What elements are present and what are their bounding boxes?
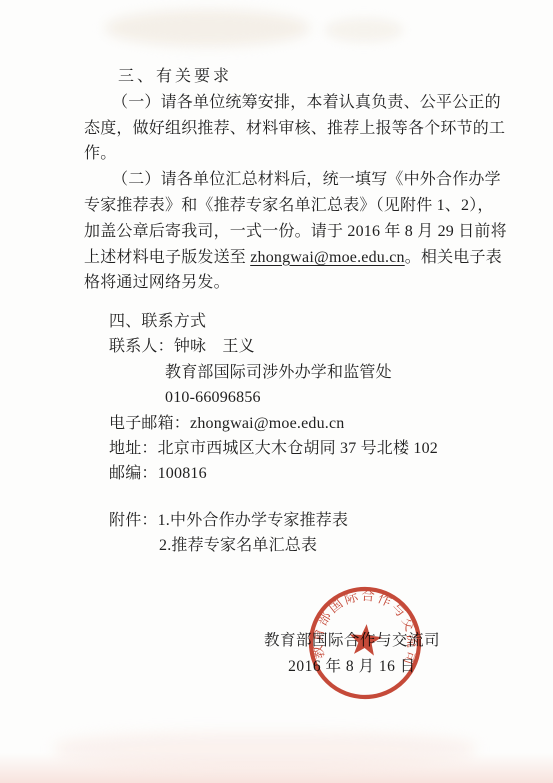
contact-address-line: 地址：北京市西城区大木仓胡同 37 号北楼 102 [109,436,529,461]
contact-person-line: 联系人：钟咏 王义 [109,334,529,359]
contact-postcode-line: 邮编：100816 [109,461,529,486]
body-line: （一）请各单位统筹安排，本着认真负责、公平公正的 [84,90,486,116]
attachment-line-1: 附件：1.中外合作办学专家推荐表 [109,508,529,533]
email-address-underlined: zhongwai@moe.edu.cn [250,249,405,266]
body-text-fragment: 上述材料电子版发送至 [84,249,250,266]
paper-stain-top [105,10,310,46]
section-3-heading: 三、有关要求 [118,64,486,90]
contact-person-label: 联系人： [109,338,174,355]
contact-postcode-value: 100816 [158,465,207,482]
body-line: 格将通过网络另发。 [84,270,486,296]
official-seal: 教育部国际合作与交流司 [306,584,424,702]
body-text-fragment: 。相关电子表 [405,249,502,266]
contact-info: 四、联系方式 联系人：钟咏 王义 教育部国际司涉外办学和监管处 010-6609… [109,309,529,487]
section-4-heading: 四、联系方式 [109,309,529,334]
body-line: （二）请各单位汇总材料后，统一填写《中外合作办学 [84,167,486,193]
attachments: 附件：1.中外合作办学专家推荐表 2.推荐专家名单汇总表 [109,508,529,559]
body-line: 作。 [84,141,486,167]
contact-phone-line: 010-66096856 [109,385,529,410]
body-line: 专家推荐表》和《推荐专家名单汇总表》（见附件 1、2）， [84,193,486,219]
contact-email-line: 电子邮箱：zhongwai@moe.edu.cn [109,411,529,436]
body-line-with-email: 上述材料电子版发送至 zhongwai@moe.edu.cn。相关电子表 [84,245,486,271]
contact-postcode-label: 邮编： [109,465,158,482]
attachment-item-2: 2.推荐专家名单汇总表 [109,533,529,558]
contact-address-value: 北京市西城区大木仓胡同 37 号北楼 102 [158,440,438,457]
bleedthrough-band-bottom [0,753,553,783]
attachment-item-1: 1.中外合作办学专家推荐表 [158,512,349,529]
contact-office-line: 教育部国际司涉外办学和监管处 [109,360,529,385]
paper-stain-bottom [55,733,475,765]
paper-stain-top-right [325,18,403,42]
contact-email-label: 电子邮箱： [109,415,190,432]
body-line: 态度，做好组织推荐、材料审核、推荐上报等各个环节的工 [84,116,486,142]
body-text: 三、有关要求 （一）请各单位统筹安排，本着认真负责、公平公正的 态度，做好组织推… [84,64,486,296]
contact-email-value: zhongwai@moe.edu.cn [190,415,345,432]
seal-star-icon [348,623,383,657]
body-line: 加盖公章后寄我司，一式一份。请于 2016 年 8 月 29 日前将 [84,219,486,245]
attachments-label: 附件： [109,512,158,529]
scanned-letter-page: 三、有关要求 （一）请各单位统筹安排，本着认真负责、公平公正的 态度，做好组织推… [0,0,553,783]
contact-address-label: 地址： [109,440,158,457]
seal-group: 教育部国际合作与交流司 [306,584,424,702]
contact-person-names: 钟咏 王义 [174,338,255,355]
